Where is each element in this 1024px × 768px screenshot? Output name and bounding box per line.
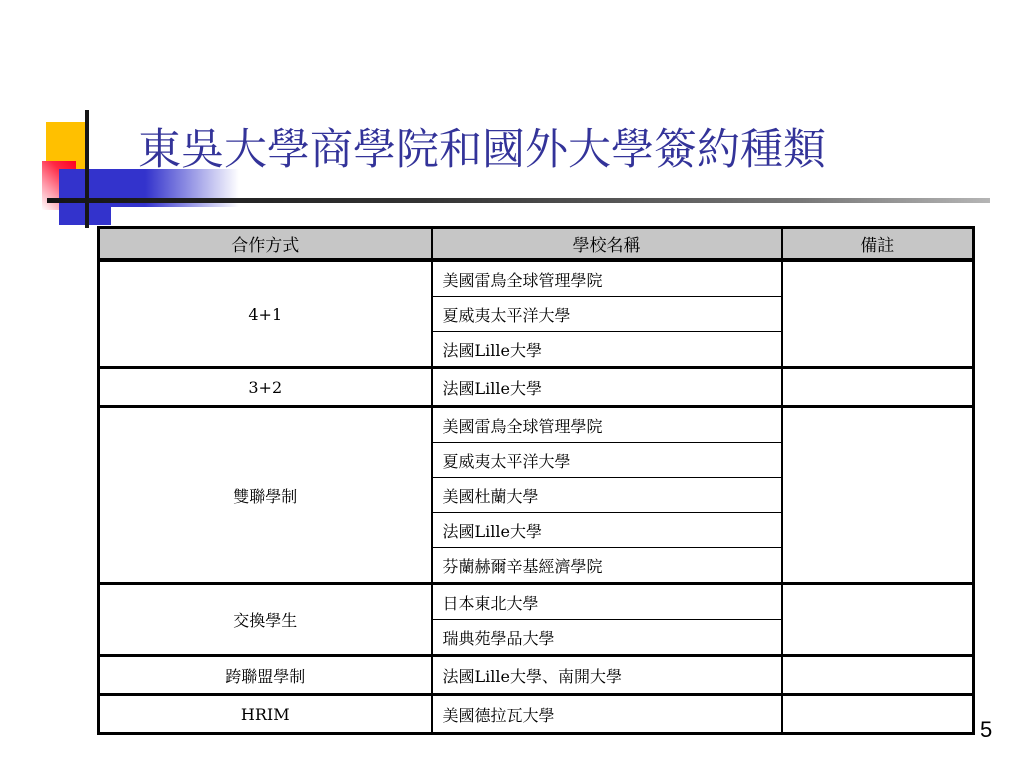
header-school-name: 學校名稱 (432, 228, 782, 261)
table-row: 4+1美國雷鳥全球管理學院 (99, 260, 974, 297)
school-name-cell: 法國Lille大學 (432, 513, 782, 548)
cooperation-method-cell: 4+1 (99, 260, 432, 368)
remark-cell (782, 656, 974, 695)
school-name-cell: 芬蘭赫爾辛基經濟學院 (432, 548, 782, 584)
slide-canvas: 東吳大學商學院和國外大學簽約種類 合作方式 學校名稱 備註 4+1美國雷鳥全球管… (0, 0, 1024, 768)
remark-cell (782, 407, 974, 584)
slide-title: 東吳大學商學院和國外大學簽約種類 (138, 120, 998, 182)
agreement-table: 合作方式 學校名稱 備註 4+1美國雷鳥全球管理學院夏威夷太平洋大學法國Lill… (97, 226, 975, 735)
school-name-cell: 美國杜蘭大學 (432, 478, 782, 513)
school-name-cell: 瑞典苑學品大學 (432, 620, 782, 656)
header-cooperation-method: 合作方式 (99, 228, 432, 261)
school-name-cell: 美國雷鳥全球管理學院 (432, 260, 782, 297)
cooperation-method-cell: 雙聯學制 (99, 407, 432, 584)
cooperation-method-cell: 3+2 (99, 368, 432, 407)
agreement-table-body: 4+1美國雷鳥全球管理學院夏威夷太平洋大學法國Lille大學3+2法國Lille… (99, 260, 974, 734)
table-row: 跨聯盟學制法國Lille大學、南開大學 (99, 656, 974, 695)
school-name-cell: 法國Lille大學、南開大學 (432, 656, 782, 695)
school-name-cell: 法國Lille大學 (432, 332, 782, 368)
table-header-row: 合作方式 學校名稱 備註 (99, 228, 974, 261)
remark-cell (782, 368, 974, 407)
cooperation-method-cell: 跨聯盟學制 (99, 656, 432, 695)
school-name-cell: 夏威夷太平洋大學 (432, 443, 782, 478)
cooperation-method-cell: HRIM (99, 695, 432, 734)
vertical-accent-line (85, 110, 89, 228)
school-name-cell: 日本東北大學 (432, 584, 782, 620)
table-row: 交換學生日本東北大學 (99, 584, 974, 620)
header-remarks: 備註 (782, 228, 974, 261)
school-name-cell: 美國德拉瓦大學 (432, 695, 782, 734)
title-underline-rule (47, 198, 990, 203)
school-name-cell: 美國雷鳥全球管理學院 (432, 407, 782, 443)
table-row: 雙聯學制美國雷鳥全球管理學院 (99, 407, 974, 443)
remark-cell (782, 695, 974, 734)
remark-cell (782, 260, 974, 368)
remark-cell (782, 584, 974, 656)
school-name-cell: 法國Lille大學 (432, 368, 782, 407)
school-name-cell: 夏威夷太平洋大學 (432, 297, 782, 332)
table-row: HRIM美國德拉瓦大學 (99, 695, 974, 734)
page-number: 5 (980, 717, 1010, 743)
cooperation-method-cell: 交換學生 (99, 584, 432, 656)
table-row: 3+2法國Lille大學 (99, 368, 974, 407)
